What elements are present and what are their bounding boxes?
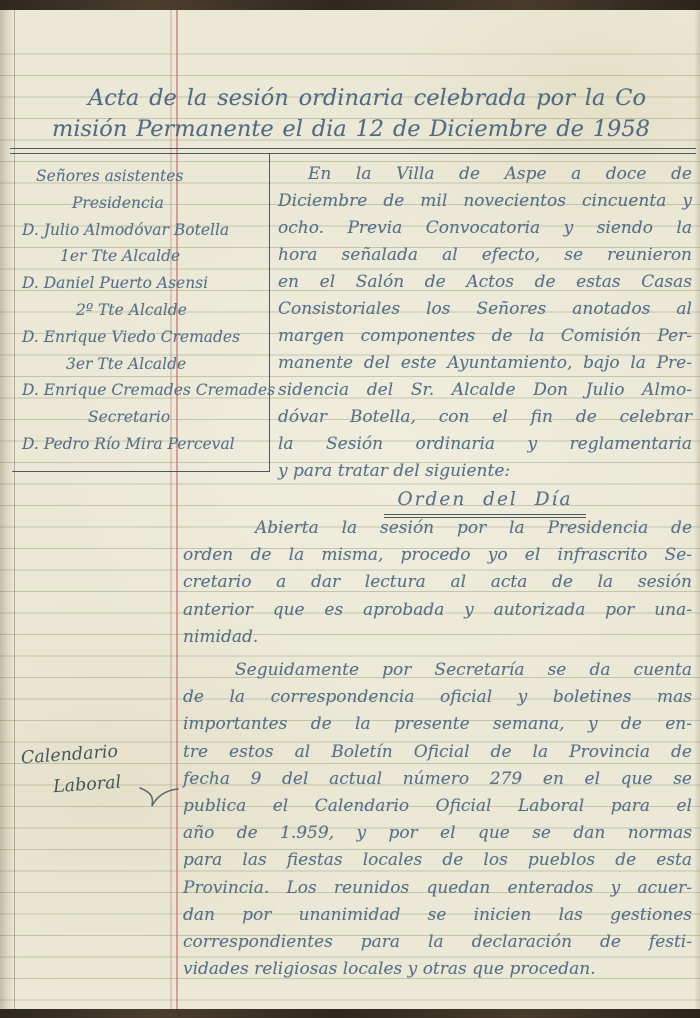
body-line: Diciembre de mil novecientos cincuenta y	[278, 188, 692, 215]
orden-del-dia-heading: Orden del Día	[384, 486, 587, 518]
body-line: hora señalada al efecto, se reunieron	[278, 242, 692, 269]
body-line: dan por unanimidad se inicien las gestio…	[183, 902, 692, 929]
attendee-role: Secretario	[12, 404, 269, 431]
body-line: correspondientes para la declaración de …	[183, 929, 692, 956]
body-line: ocho. Previa Convocatoria y siendo la	[278, 215, 692, 242]
body-line: la Sesión ordinaria y reglamentaria	[278, 431, 692, 458]
body-line: dóvar Botella, con el fin de celebrar	[278, 404, 692, 431]
body-line: Provincia. Los reunidos quedan enterados…	[183, 875, 692, 902]
body-line: y para tratar del siguiente:	[278, 458, 692, 485]
attendee-name: D. Pedro Río Mira Perceval	[12, 431, 269, 458]
body-line: manente del este Ayuntamiento, bajo la P…	[278, 350, 692, 377]
page-title: Acta de la sesión ordinaria celebrada po…	[46, 83, 666, 145]
body-line: vidades religiosas locales y otras que p…	[183, 956, 692, 983]
body-line: sidencia del Sr. Alcalde Don Julio Almo-	[278, 377, 692, 404]
attendee-name: D. Enrique Cremades Cremades	[12, 377, 269, 404]
page-right-edge-shadow	[694, 10, 700, 1009]
body-line: importantes de la presente semana, y de …	[183, 711, 692, 738]
attendees-heading: Señores asistentes	[12, 163, 269, 190]
body-line: margen componentes de la Comisión Per-	[278, 323, 692, 350]
binding-edge-bottom	[0, 1009, 700, 1018]
attendee-name: D. Enrique Viedo Cremades	[12, 324, 269, 351]
body-line: publica el Calendario Oficial Laboral pa…	[183, 793, 692, 820]
attendees-subheading: Presidencia	[12, 190, 269, 217]
margin-note-swash-stroke	[138, 766, 180, 810]
manuscript-page: Acta de la sesión ordinaria celebrada po…	[0, 0, 700, 1018]
attendee-role: 1er Tte Alcalde	[12, 243, 269, 270]
attendee-role: 2º Tte Alcalde	[12, 297, 269, 324]
body-line: orden de la misma, procedo yo el infrasc…	[183, 542, 692, 569]
attendee-role: 3er Tte Alcalde	[12, 351, 269, 378]
attendee-name: D. Julio Almodóvar Botella	[12, 217, 269, 244]
body-line: En la Villa de Aspe a doce de	[278, 161, 692, 188]
page-title-line2: misión Permanente el dia 12 de Diciembre…	[46, 114, 666, 145]
body-line: Consistoriales los Señores anotados al	[278, 296, 692, 323]
body-line: Abierta la sesión por la Presidencia de	[183, 515, 692, 542]
body-line: Seguidamente por Secretaría se da cuenta	[183, 657, 692, 684]
orden-del-dia-heading-row: Orden del Día	[278, 486, 692, 512]
body-line: anterior que es aprobada y autorizada po…	[183, 597, 692, 624]
attendees-panel: Señores asistentes Presidencia D. Julio …	[12, 153, 270, 472]
body-line: nimidad.	[183, 624, 692, 651]
body-column-upper: En la Villa de Aspe a doce de Diciembre …	[278, 161, 692, 512]
body-line: fecha 9 del actual número 279 en el que …	[183, 766, 692, 793]
page-title-line1: Acta de la sesión ordinaria celebrada po…	[46, 83, 666, 114]
body-line: de la correspondencia oficial y boletine…	[183, 684, 692, 711]
attendee-name: D. Daniel Puerto Asensi	[12, 270, 269, 297]
margin-note-calendario-laboral: Calendario Laboral	[20, 737, 122, 806]
body-line: tre estos al Boletín Oficial de la Provi…	[183, 739, 692, 766]
body-column-lower: Abierta la sesión por la Presidencia de …	[183, 515, 692, 983]
body-line: año de 1.959, y por el que se dan normas	[183, 820, 692, 847]
body-line: en el Salón de Actos de estas Casas	[278, 269, 692, 296]
paragraph-correspondencia: Seguidamente por Secretaría se da cuenta…	[183, 657, 692, 983]
binding-edge-top	[0, 0, 700, 10]
body-line: para las fiestas locales de los pueblos …	[183, 847, 692, 874]
body-line: cretario a dar lectura al acta de la ses…	[183, 569, 692, 596]
